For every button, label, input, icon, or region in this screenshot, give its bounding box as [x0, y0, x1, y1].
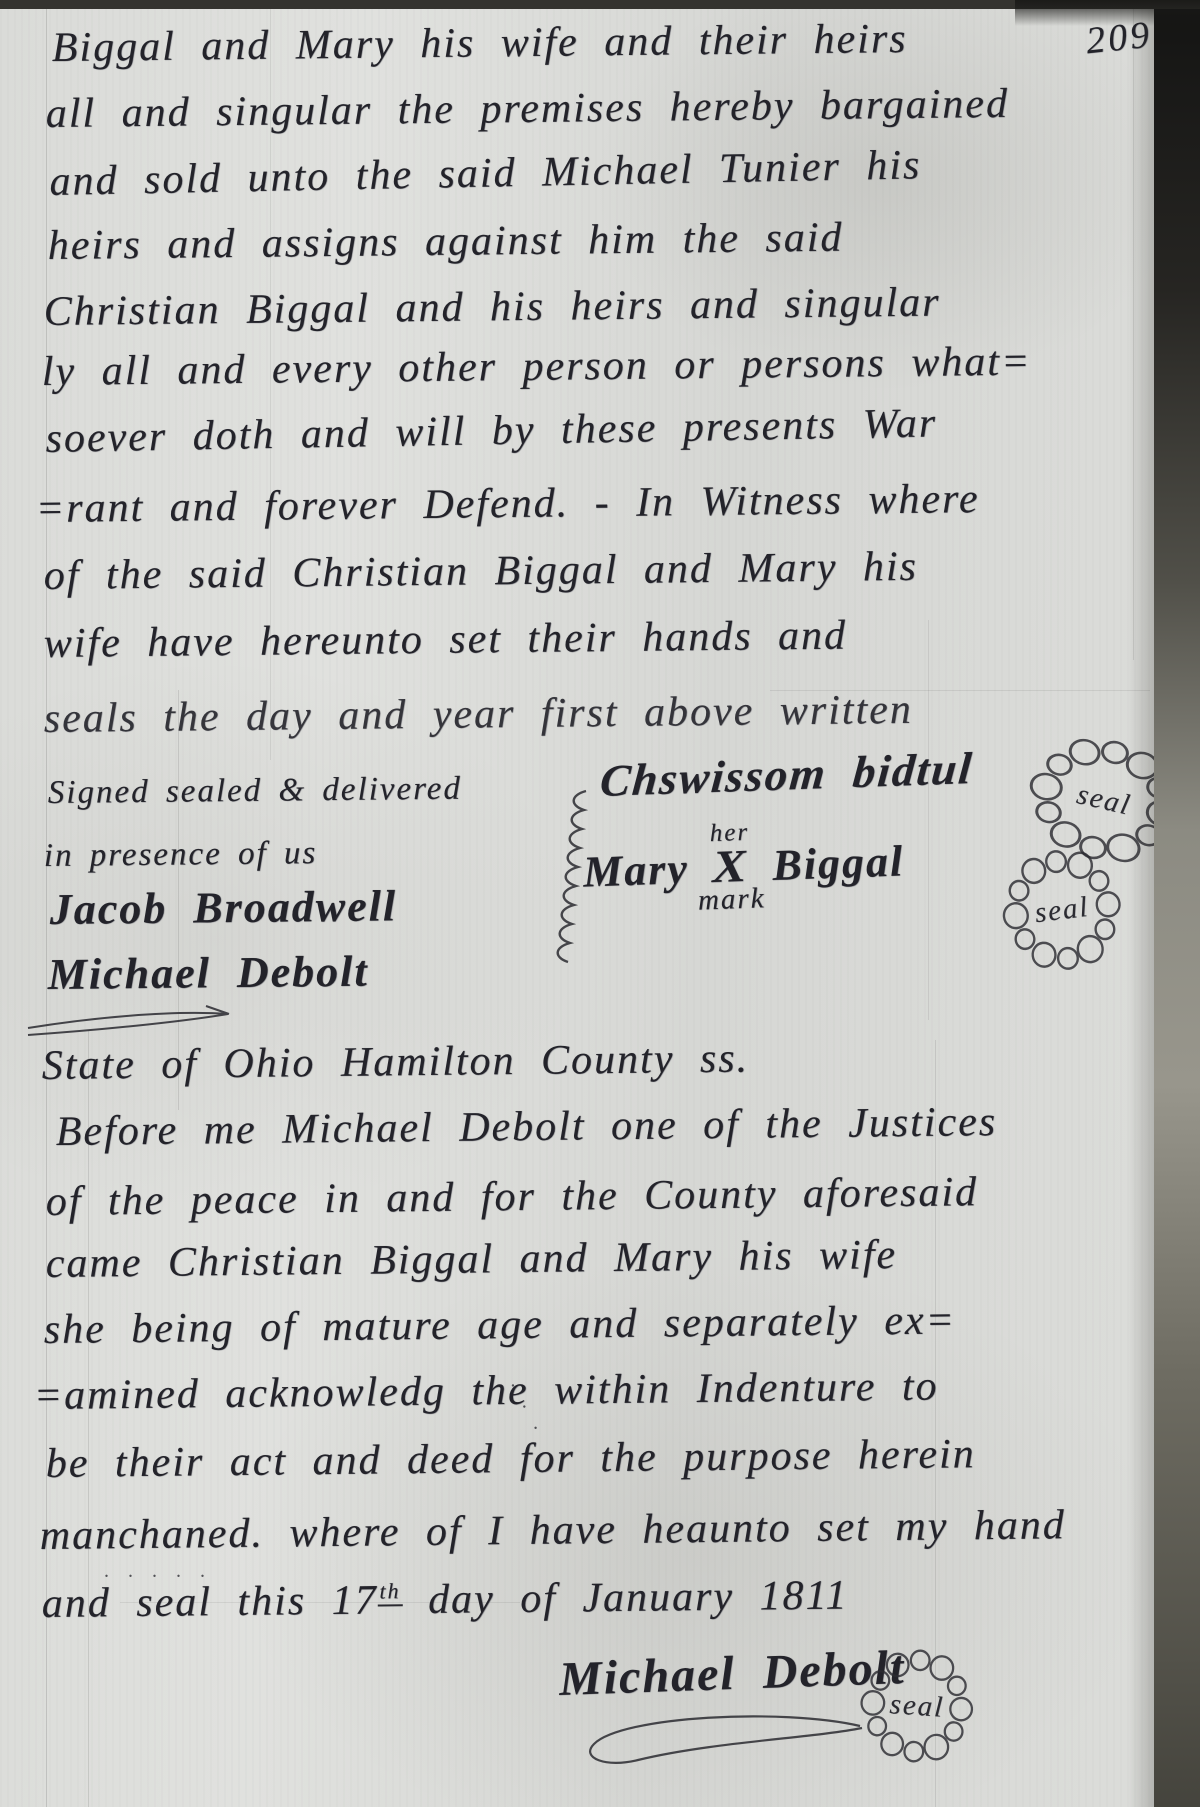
- flourish-arrow-icon: [20, 998, 240, 1042]
- scan-edge-right: [1154, 0, 1200, 1807]
- deed-line: =rant and forever Defend. - In Witness w…: [35, 475, 979, 533]
- column-rule-line: [928, 620, 929, 1020]
- date-line: and seal this 17th day of January 1811: [41, 1572, 848, 1629]
- deed-line: of the said Christian Biggal and Mary hi…: [43, 543, 918, 600]
- date-line-pre: and seal this 17: [42, 1577, 378, 1627]
- attestation-line: in presence of us: [44, 835, 318, 876]
- deed-line: wife have hereunto set their hands and: [43, 612, 847, 669]
- deed-line: soever doth and will by these presents W…: [45, 399, 937, 463]
- date-line-post: day of January 1811: [402, 1573, 848, 1624]
- signature-flourish-icon: [572, 1710, 872, 1780]
- seal-label: seal: [889, 1688, 946, 1725]
- deed-line: seals the day and year first above writt…: [43, 686, 913, 743]
- officer-signature: Michael Debolt: [558, 1640, 906, 1707]
- ack-line: manchaned. where of I have heaunto set m…: [39, 1501, 1066, 1560]
- mark-signature-surname: Biggal: [771, 836, 904, 892]
- ack-line: =amined acknowledg the within Indenture …: [33, 1363, 938, 1421]
- ack-heading: State of Ohio Hamilton County ss.: [41, 1035, 749, 1091]
- seal-ring-icon: seal: [854, 1641, 980, 1771]
- ack-line: she being of mature age and separately e…: [43, 1296, 956, 1354]
- scan-corner-top-right: [1015, 0, 1200, 26]
- x-mark: X: [709, 844, 752, 887]
- deed-line: all and singular the premises hereby bar…: [45, 80, 1009, 138]
- deed-line: Biggal and Mary his wife and their heirs: [51, 15, 907, 72]
- mark-x-stack: her X mark: [695, 821, 766, 913]
- deed-line: Christian Biggal and his heirs and singu…: [43, 279, 940, 337]
- witness-signature: Michael Debolt: [47, 947, 368, 1001]
- date-ordinal-suffix: th: [377, 1579, 402, 1606]
- ack-line: Before me Michael Debolt one of the Just…: [55, 1098, 997, 1156]
- ack-line: of the peace in and for the County afore…: [45, 1168, 978, 1226]
- deed-line: heirs and assigns against him the said: [47, 214, 843, 271]
- document-page: 209 Biggal and Mary his wife and their h…: [0, 0, 1200, 1807]
- deed-line: ly all and every other person or persons…: [41, 338, 1031, 397]
- attestation-line: Signed sealed & delivered: [48, 771, 462, 813]
- seal-ring-icon: seal: [993, 838, 1132, 982]
- witness-signature: Jacob Broadwell: [49, 881, 397, 935]
- ack-line: be their act and deed for the purpose he…: [45, 1430, 975, 1488]
- deed-line: and sold unto the said Michael Tunier hi…: [49, 141, 922, 206]
- ack-line: came Christian Biggal and Mary his wife: [45, 1231, 897, 1288]
- mark-signature: Mary her X mark Biggal: [582, 816, 906, 917]
- seal-label: seal: [1033, 890, 1091, 929]
- mark-signature-first-name: Mary: [582, 843, 689, 898]
- grantor-signature: Chswissom bidtul: [598, 743, 975, 808]
- page-edge-shadow: [1128, 0, 1154, 1807]
